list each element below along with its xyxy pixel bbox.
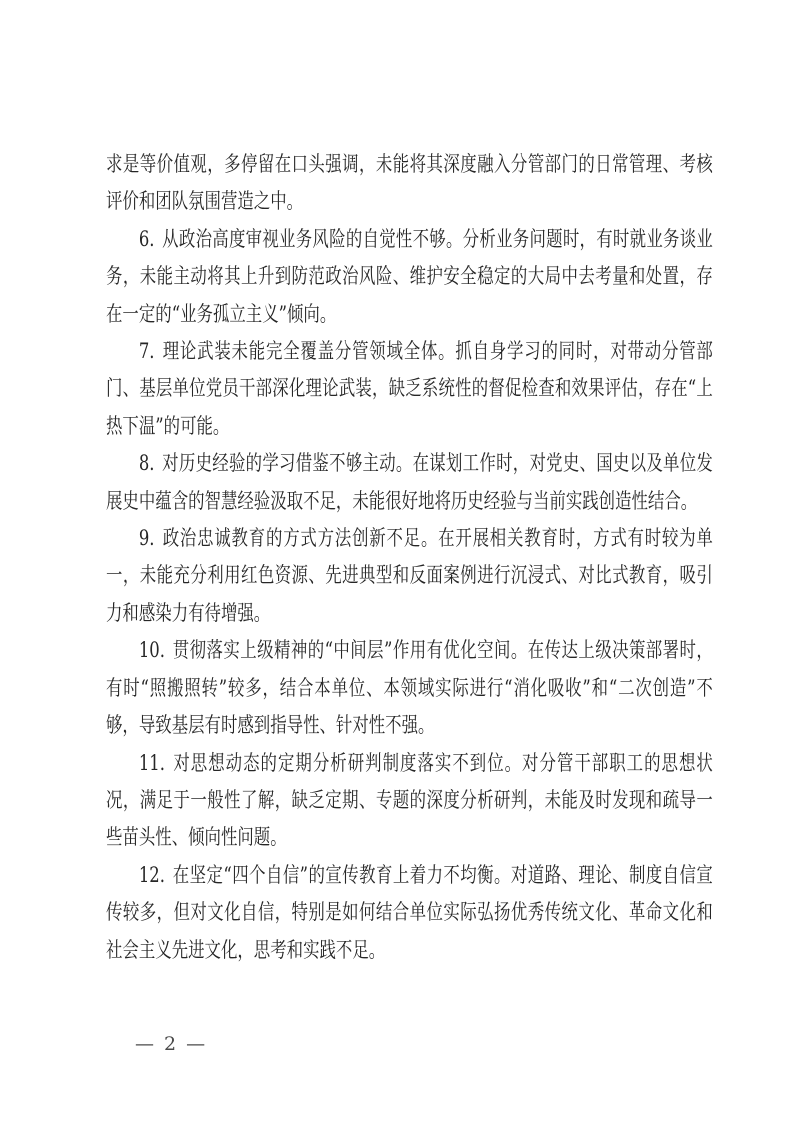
item-9-text: 政治忠诚教育的方式方法创新不足。在开展相关教育时，方式有时较为单一，未能充分利用…: [106, 526, 713, 625]
item-12-number: 12.: [139, 863, 165, 887]
paragraph-item-10: 10.贯彻落实上级精神的“中间层”作用有优化空间。在传达上级决策部署时，有时“照…: [106, 632, 713, 744]
item-10-text: 贯彻落实上级精神的“中间层”作用有优化空间。在传达上级决策部署时，有时“照搬照转…: [106, 638, 713, 737]
item-11-text: 对思想动态的定期分析研判制度落实不到位。对分管干部职工的思想状况，满足于一般性了…: [106, 751, 713, 850]
paragraph-item-7: 7.理论武装未能完全覆盖分管领域全体。抓自身学习的同时，对带动分管部门、基层单位…: [106, 333, 713, 445]
paragraph-item-9: 9.政治忠诚教育的方式方法创新不足。在开展相关教育时，方式有时较为单一，未能充分…: [106, 520, 713, 632]
page-number: — 2 —: [135, 1033, 207, 1055]
item-12-text: 在坚定“四个自信”的宣传教育上着力不均衡。对道路、理论、制度自信宣传较多，但对文…: [106, 863, 713, 962]
item-7-number: 7.: [139, 339, 155, 363]
paragraph-item-8: 8.对历史经验的学习借鉴不够主动。在谋划工作时，对党史、国史以及单位发展史中蕴含…: [106, 445, 713, 520]
item-11-number: 11.: [139, 751, 165, 775]
item-6-text: 从政治高度审视业务风险的自觉性不够。分析业务问题时，有时就业务谈业务，未能主动将…: [106, 227, 713, 326]
paragraph-continuation: 求是等价值观，多停留在口头强调，未能将其深度融入分管部门的日常管理、考核评价和团…: [106, 146, 713, 221]
item-9-number: 9.: [139, 526, 155, 550]
item-6-number: 6.: [139, 227, 155, 251]
item-7-text: 理论武装未能完全覆盖分管领域全体。抓自身学习的同时，对带动分管部门、基层单位党员…: [106, 339, 713, 438]
paragraph-item-12: 12.在坚定“四个自信”的宣传教育上着力不均衡。对道路、理论、制度自信宣传较多，…: [106, 857, 713, 969]
item-10-number: 10.: [139, 638, 165, 662]
body-text-block: 求是等价值观，多停留在口头强调，未能将其深度融入分管部门的日常管理、考核评价和团…: [106, 146, 713, 969]
document-page: 求是等价值观，多停留在口头强调，未能将其深度融入分管部门的日常管理、考核评价和团…: [0, 0, 793, 1122]
paragraph-item-6: 6.从政治高度审视业务风险的自觉性不够。分析业务问题时，有时就业务谈业务，未能主…: [106, 221, 713, 333]
item-8-text: 对历史经验的学习借鉴不够主动。在谋划工作时，对党史、国史以及单位发展史中蕴含的智…: [106, 451, 713, 512]
paragraph-item-11: 11.对思想动态的定期分析研判制度落实不到位。对分管干部职工的思想状况，满足于一…: [106, 745, 713, 857]
item-8-number: 8.: [139, 451, 155, 475]
